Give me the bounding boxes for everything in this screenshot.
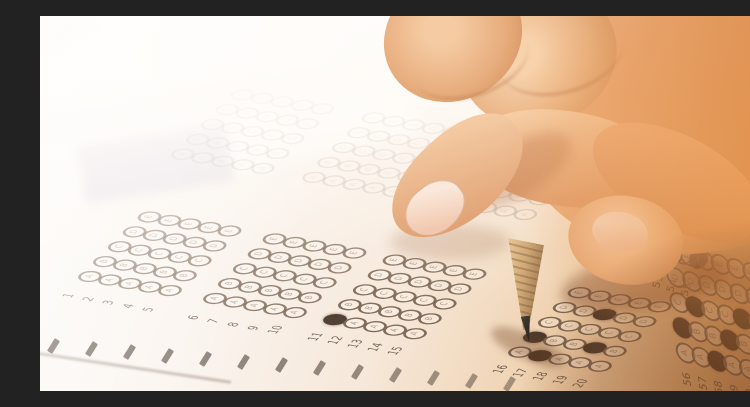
choice-letter: D <box>639 319 651 324</box>
choice-letter: A <box>249 303 261 308</box>
question-number: 11 <box>306 332 328 342</box>
question-row: 16ABCDE <box>488 372 511 376</box>
choice-letter: C <box>319 281 331 286</box>
choice-letter: C <box>604 331 616 336</box>
choice-letter: A <box>217 159 229 164</box>
choice-letter: E <box>317 107 329 111</box>
choice-letter: B <box>284 292 296 297</box>
choice-letter: A <box>729 361 738 369</box>
choice-letter: D <box>254 251 266 256</box>
choice-letter: A <box>744 365 750 373</box>
choice-letter: C <box>279 273 291 278</box>
question-number: 3 <box>101 300 119 306</box>
question-number: 13 <box>346 339 368 349</box>
choice-letter: C <box>239 266 251 271</box>
choice-letter: D <box>274 255 286 260</box>
choice-letter: E <box>184 222 196 226</box>
choice-letter: D <box>334 265 346 270</box>
choice-letter: D <box>221 107 233 112</box>
choice-letter: E <box>388 119 400 123</box>
question-number: 8 <box>226 322 244 328</box>
question-row: ABCDE <box>342 207 365 211</box>
choice-letter: C <box>154 251 166 256</box>
choice-letter: E <box>277 100 289 104</box>
question-row: ABCDE <box>282 197 305 201</box>
timing-mark <box>199 351 212 367</box>
choice-letter: D <box>599 312 611 317</box>
choice-letter: A <box>368 186 380 191</box>
choice-letter: C <box>227 126 239 131</box>
choice-letter: D <box>261 114 273 119</box>
choice-letter: C <box>398 156 410 161</box>
choice-letter: B <box>384 309 396 314</box>
choice-letter: B <box>363 167 375 172</box>
choice-letter: E <box>164 218 176 222</box>
choice-letter: A <box>499 209 511 214</box>
question-number: 4 <box>121 303 139 309</box>
choice-letter: C <box>114 244 126 249</box>
choice-letter: D <box>209 243 221 248</box>
question-row: ABCDE <box>302 200 325 204</box>
choice-letter: B <box>678 324 687 332</box>
question-number: 9 <box>246 325 264 331</box>
question-number: 57 <box>696 375 710 391</box>
choice-letter: D <box>394 276 406 281</box>
choice-letter: B <box>323 160 335 165</box>
choice-letter: B <box>244 285 256 290</box>
choice-letter: C <box>419 298 431 303</box>
choice-letter: A <box>257 166 269 171</box>
question-row: 7ABCDE <box>203 322 226 326</box>
choice-letter: A <box>348 182 360 187</box>
choice-letter: E <box>349 251 361 255</box>
choice-letter: E <box>428 126 440 130</box>
question-row: ABCDE <box>231 188 254 192</box>
choice-letter: C <box>134 248 146 253</box>
choice-letter: C <box>691 303 700 311</box>
choice-letter: B <box>159 270 171 275</box>
choice-letter: A <box>104 278 116 283</box>
choice-letter: D <box>414 280 426 285</box>
choice-letter: A <box>308 175 320 180</box>
question-number: 58 <box>712 379 726 391</box>
choice-letter: B <box>424 317 436 322</box>
timing-mark <box>123 344 136 360</box>
choice-letter: E <box>408 123 420 127</box>
choice-letter: D <box>149 233 161 238</box>
choice-letter: C <box>379 291 391 296</box>
choice-letter: E <box>389 258 401 262</box>
question-number: 19 <box>551 375 573 385</box>
question-row: ABCDE <box>362 211 385 215</box>
choice-letter: A <box>697 353 706 361</box>
choice-letter: B <box>344 302 356 307</box>
question-number: 20 <box>571 378 593 388</box>
choice-letter: C <box>338 145 350 150</box>
choice-letter: C <box>287 136 299 141</box>
choice-letter: A <box>209 296 221 301</box>
choice-letter: E <box>237 93 249 97</box>
choice-letter: A <box>328 179 340 184</box>
choice-letter: A <box>84 274 96 279</box>
choice-letter: B <box>710 332 719 340</box>
choice-letter: B <box>383 171 395 176</box>
choice-letter: E <box>469 272 481 276</box>
choice-letter: D <box>129 229 141 234</box>
choice-letter: C <box>378 152 390 157</box>
timing-mark <box>465 373 478 389</box>
choice-letter: A <box>229 300 241 305</box>
choice-letter: D <box>413 141 425 146</box>
question-number: 15 <box>386 346 408 356</box>
choice-letter: D <box>301 121 313 126</box>
question-number: 5 <box>141 307 159 313</box>
question-row: ABCDE <box>322 204 345 208</box>
choice-letter: D <box>373 134 385 139</box>
question-number: 16 <box>491 364 513 374</box>
choice-letter: E <box>449 268 461 272</box>
choice-letter: B <box>549 339 561 344</box>
choice-letter: A <box>389 328 401 333</box>
question-row: 11ABCDE <box>303 339 326 343</box>
timing-mark <box>237 354 250 370</box>
question-number: 2 <box>81 296 99 302</box>
choice-letter: E <box>204 225 216 229</box>
choice-letter: A <box>289 310 301 315</box>
question-row: 19ABCDE <box>548 382 571 386</box>
choice-letter: A <box>177 152 189 157</box>
choice-letter: C <box>207 122 219 127</box>
question-number: 18 <box>531 371 553 381</box>
choice-letter: C <box>544 320 556 325</box>
choice-letter: A <box>369 324 381 329</box>
choice-letter: A <box>349 321 361 326</box>
choice-letter: D <box>434 283 446 288</box>
timing-mark <box>85 341 98 357</box>
choice-letter: A <box>329 317 341 322</box>
choice-letter: C <box>247 129 259 134</box>
choice-letter: A <box>574 360 586 365</box>
choice-letter: C <box>439 302 451 307</box>
question-row: 5ABCDE <box>138 310 161 314</box>
choice-letter: B <box>264 288 276 293</box>
choice-letter: B <box>119 263 131 268</box>
question-row: 6ABCDE <box>183 318 206 322</box>
choice-letter: C <box>706 307 715 315</box>
choice-letter: E <box>297 103 309 107</box>
choice-letter: E <box>309 244 321 248</box>
choice-letter: C <box>564 324 576 329</box>
question-row: 56ABCDE <box>680 384 697 388</box>
choice-letter: B <box>192 137 204 142</box>
choice-letter: C <box>738 315 747 323</box>
choice-letter: B <box>609 349 621 354</box>
question-row: 20ABCDE <box>568 386 591 390</box>
background-paper-sliver <box>40 16 102 51</box>
choice-letter: B <box>404 313 416 318</box>
choice-letter: E <box>429 265 441 269</box>
question-row: 57ABCDE <box>696 388 713 391</box>
answer-bubble: B <box>735 331 750 356</box>
choice-letter: E <box>144 215 156 219</box>
question-row: 10ABCDE <box>263 332 286 336</box>
choice-letter: B <box>272 151 284 156</box>
choice-letter: A <box>594 364 606 369</box>
question-number: 10 <box>266 325 288 335</box>
choice-letter: A <box>409 331 421 336</box>
choice-letter: B <box>364 306 376 311</box>
choice-letter: D <box>294 258 306 263</box>
choice-letter: D <box>353 130 365 135</box>
answer-bubble-filled: C <box>732 306 750 331</box>
choice-letter: D <box>393 137 405 142</box>
question-number: 12 <box>326 335 348 345</box>
question-number: 7 <box>206 318 224 324</box>
choice-letter: A <box>519 212 531 217</box>
timing-mark <box>351 364 364 380</box>
timing-mark <box>47 338 60 354</box>
choice-letter: C <box>299 277 311 282</box>
timing-mark <box>275 357 288 373</box>
choice-letter: C <box>267 133 279 138</box>
question-number: 1 <box>61 292 79 298</box>
question-row: 8ABCDE <box>223 325 246 329</box>
question-row: 14ABCDE <box>363 350 386 354</box>
question-number: 6 <box>186 314 204 320</box>
choice-letter: D <box>374 273 386 278</box>
question-number: 17 <box>511 368 533 378</box>
timing-mark <box>503 376 516 391</box>
question-number: 14 <box>366 342 388 352</box>
timing-mark <box>427 370 440 386</box>
choice-letter: D <box>454 287 466 292</box>
choice-letter: B <box>212 141 224 146</box>
choice-letter: A <box>681 349 690 357</box>
timing-mark <box>313 360 326 376</box>
choice-letter: B <box>139 266 151 271</box>
choice-letter: B <box>232 144 244 149</box>
question-row: 18ABCDE <box>528 379 551 383</box>
choice-letter: E <box>269 237 281 241</box>
choice-letter: B <box>741 340 750 348</box>
choice-letter: D <box>241 111 253 116</box>
choice-letter: C <box>584 327 596 332</box>
choice-letter: D <box>314 262 326 267</box>
choice-letter: B <box>224 281 236 286</box>
choice-letter: E <box>409 261 421 265</box>
question-number: 56 <box>680 371 694 388</box>
choice-letter: A <box>269 307 281 312</box>
question-row: 9ABCDE <box>243 329 266 333</box>
choice-letter: E <box>289 240 301 244</box>
choice-letter: C <box>624 334 636 339</box>
timing-mark <box>389 367 402 383</box>
question-row: 12ABCDE <box>323 343 346 347</box>
choice-letter: B <box>99 259 111 264</box>
photo-answer-sheet-scene: Close-up of a hand holding a sharpened b… <box>40 16 750 391</box>
choice-letter: C <box>358 149 370 154</box>
choice-letter: E <box>224 229 236 233</box>
choice-letter: E <box>368 116 380 120</box>
choice-letter: B <box>252 148 264 153</box>
choice-letter: B <box>304 295 316 300</box>
choice-letter: E <box>329 247 341 251</box>
timing-mark <box>161 348 174 364</box>
question-row: 4ABCDE <box>118 307 141 311</box>
choice-letter: C <box>399 295 411 300</box>
question-row: 2ABCDE <box>78 300 101 304</box>
choice-letter: C <box>722 311 731 319</box>
choice-letter: B <box>694 328 703 336</box>
choice-letter: C <box>174 255 186 260</box>
question-row: 3ABCDE <box>98 303 121 307</box>
choice-letter: A <box>713 357 722 365</box>
choice-letter: B <box>569 342 581 347</box>
choice-letter: B <box>725 336 734 344</box>
choice-letter: D <box>619 316 631 321</box>
choice-letter: B <box>589 346 601 351</box>
choice-letter: A <box>197 156 209 161</box>
question-row: 1ABCDE <box>58 296 81 300</box>
choice-letter: C <box>359 288 371 293</box>
question-row: ABCDE <box>211 184 234 188</box>
choice-letter: E <box>257 96 269 100</box>
choice-letter: D <box>189 240 201 245</box>
question-number: 60 <box>743 387 750 391</box>
choice-letter: A <box>237 163 249 168</box>
answer-bubble: A <box>738 357 750 382</box>
question-row: 15ABCDE <box>383 353 406 357</box>
choice-letter: C <box>259 270 271 275</box>
choice-letter: D <box>281 118 293 123</box>
choice-letter: B <box>179 273 191 278</box>
choice-letter: A <box>124 281 136 286</box>
choice-letter: B <box>343 164 355 169</box>
choice-letter: C <box>194 259 206 264</box>
choice-letter: A <box>164 288 176 293</box>
question-row: 13ABCDE <box>343 346 366 350</box>
choice-letter: D <box>169 236 181 241</box>
choice-letter: A <box>144 285 156 290</box>
question-number: 59 <box>728 383 742 391</box>
